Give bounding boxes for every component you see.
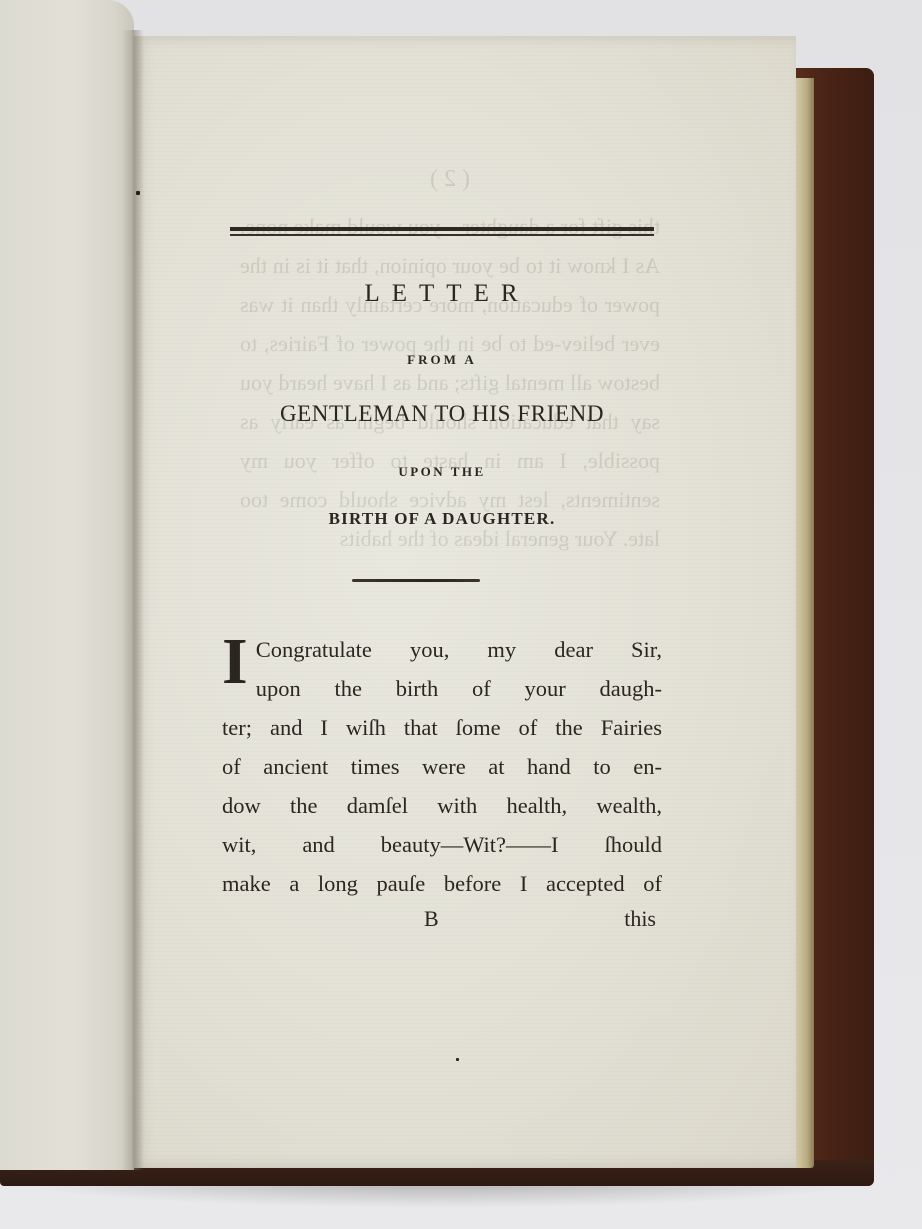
ink-speck [136,191,140,195]
heading-birth-of-a-daughter: BIRTH OF A DAUGHTER. [222,509,662,529]
body-line: of ancient times were at hand to en- [222,747,662,786]
double-rule [230,227,654,239]
right-page [132,36,796,1168]
signature-mark: B [424,906,439,932]
heading-upon-the: UPON THE [222,464,662,480]
heading-gentleman: GENTLEMAN TO HIS FRIEND [222,401,662,427]
body-line: upon the birth of your daugh- [222,669,662,708]
ink-speck [456,1058,459,1061]
heading-from-a: FROM A [222,352,662,368]
body-line: Congratulate you, my dear Sir, [222,630,662,669]
body-line: ter; and I wiſh that ſome of the Fairies [222,708,662,747]
drop-cap: I [222,634,248,690]
footer-row: B this [222,906,662,936]
body-line: make a long pauſe before I accepted of [222,864,662,903]
ornamental-rule [352,579,480,582]
body-line: dow the damſel with health, wealth, [222,786,662,825]
left-page [0,0,134,1170]
book-photo: ( 2 ) this gift for a daughter—you would… [0,0,922,1229]
gutter-shadow [122,30,144,1170]
catchword: this [624,906,656,932]
body-text: I Congratulate you, my dear Sir, upon th… [222,630,662,903]
body-line: wit, and beauty—Wit?——I ſhould [222,825,662,864]
rule-thick [230,227,654,231]
rule-thin [230,234,654,236]
heading-letter: LETTER [222,280,662,308]
